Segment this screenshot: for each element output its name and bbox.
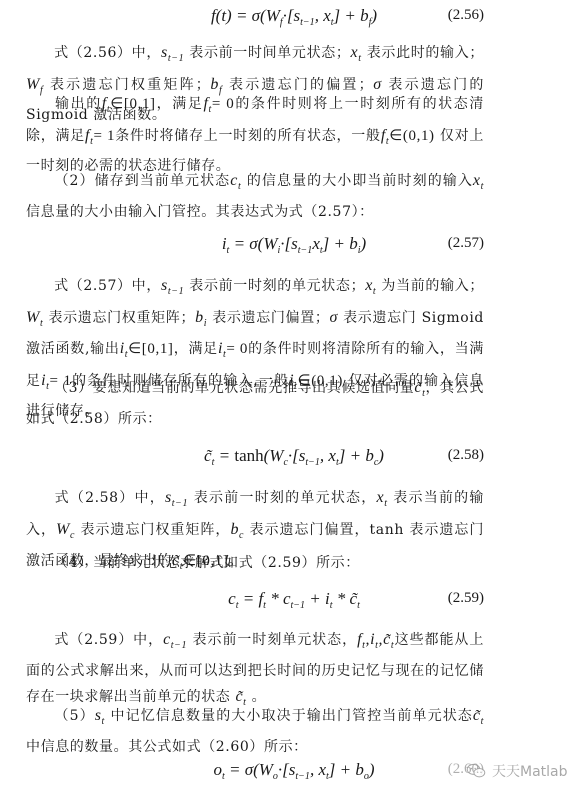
text: 表示前一时刻的单元状态； [189, 278, 365, 294]
text: 表示前一时刻单元状态， [193, 632, 358, 648]
math-b-i: bi [195, 309, 207, 326]
text: ，满足 [174, 341, 218, 357]
text: 为当前的输入； [381, 278, 484, 294]
text: （5） [54, 708, 95, 724]
math-i-t: it [120, 340, 128, 357]
text: 条件时将储存上一时刻的所有状态，一般 [115, 128, 381, 144]
equation-number: (2.57) [448, 235, 484, 252]
math-f-t: ft [381, 127, 389, 144]
text: 式（2.58）中， [54, 490, 165, 506]
watermark: 天天Matlab [466, 760, 568, 782]
equation-2-59: ct = ft * ct−1 + it * c̃t (2.59) [0, 587, 588, 613]
watermark-text: 天天Matlab [492, 761, 568, 781]
math-sigma: σ [330, 309, 339, 326]
text: 中记忆信息数量的大小取决于输出门管控当前单元状态 [111, 708, 473, 724]
math-f-t: ft [203, 95, 211, 112]
text: 表示遗忘门权重矩阵； [48, 310, 195, 326]
paragraph-step-4: （4）当前单元状态求解式如式（2.59）所示： [26, 551, 484, 577]
equation-expression: f(t) = σ(Wf·[st−1, xt] + bf) [0, 6, 588, 28]
text: 表示遗忘门偏置； [212, 310, 329, 326]
math-c-tilde: c̃t [414, 379, 425, 396]
paragraph-forget-output: 输出的ft∈[0,1]，满足ft= 0的条件时则将上一时刻所有的状态清除，满足f… [26, 91, 484, 180]
text: （2）储存到当前单元状态 [54, 173, 230, 189]
text: 式（2.59）中， [54, 632, 163, 648]
equation-number: (2.56) [448, 7, 484, 24]
math-eq0: = 0 [226, 341, 248, 357]
text: ，满足 [156, 96, 204, 112]
math-s-prev: st−1 [161, 44, 184, 61]
math-range: ∈[0,1] [110, 96, 155, 112]
math-x-t: xt [351, 44, 362, 61]
math-c-t: ct [230, 172, 241, 189]
equation-2-56: f(t) = σ(Wf·[st−1, xt] + bf) (2.56) [0, 4, 588, 30]
paragraph-step-5: （5）st 中记忆信息数量的大小取决于输出门管控当前单元状态c̃t 中信息的数量… [26, 703, 484, 760]
paragraph-step-2: （2）储存到当前单元状态ct 的信息量的大小即当前时刻的输入xt 信息量的大小由… [26, 168, 484, 225]
text: 表示遗忘门权重矩阵， [80, 522, 230, 538]
wechat-icon [466, 762, 486, 780]
math-s-t: st [95, 707, 105, 724]
math-f-t: ft [102, 95, 110, 112]
equation-2-58: c̃t = tanh(Wc·[st−1, xt] + bc) (2.58) [0, 444, 588, 470]
math-x-t: xt [377, 489, 388, 506]
math-eq0: = 0 [212, 96, 235, 112]
text: 表示此时的输入； [367, 45, 484, 61]
paper-page: f(t) = σ(Wf·[st−1, xt] + bf) (2.56) 式（2.… [0, 0, 588, 794]
text: 式（2.56）中， [54, 45, 161, 61]
math-c-tilde: c̃t [473, 707, 484, 724]
math-f-i-c-list: ft,it,c̃t [357, 631, 394, 648]
equation-expression: c̃t = tanh(Wc·[st−1, xt] + bc) [0, 446, 588, 468]
text: 表示前一时刻的单元状态， [194, 490, 377, 506]
equation-number: (2.59) [448, 590, 484, 607]
math-s-prev: st−1 [161, 277, 184, 294]
math-eq1: = 1 [93, 128, 115, 144]
equation-expression: ct = ft * ct−1 + it * c̃t [0, 589, 588, 611]
math-w-i: Wt [26, 309, 43, 326]
math-c-prev: ct−1 [163, 631, 187, 648]
equation-number: (2.58) [448, 447, 484, 464]
text: 式（2.57）中， [54, 278, 161, 294]
math-b-c: bc [230, 521, 244, 538]
text: 输出的 [54, 96, 102, 112]
paragraph-step-3: （3）要想知道当前的单元状态需先推导出其候选值向量c̃t，其公式如式（2.58）… [26, 375, 484, 432]
equation-2-57: it = σ(Wi·[st−1xt] + bi) (2.57) [0, 232, 588, 258]
text: （4）当前单元状态求解式如式（2.59）所示： [54, 555, 360, 571]
math-x-t: xt [365, 277, 376, 294]
text: 表示前一时间单元状态； [189, 45, 350, 61]
math-s-prev: st−1 [165, 489, 188, 506]
text: 的信息量的大小即当前时刻的输入 [247, 173, 473, 189]
equation-expression: it = σ(Wi·[st−1xt] + bi) [0, 234, 588, 256]
math-open-range: ∈(0,1) [389, 128, 434, 144]
text: 中信息的数量。其公式如式（2.60）所示： [26, 739, 308, 755]
text: 信息量的大小由输入门管控。其表达式为式（2.57）： [26, 204, 374, 220]
math-range: ∈[0,1] [128, 341, 173, 357]
math-w-c: Wc [56, 521, 75, 538]
text: （3）要想知道当前的单元状态需先推导出其候选值向量 [54, 380, 414, 396]
math-x-t: xt [473, 172, 484, 189]
